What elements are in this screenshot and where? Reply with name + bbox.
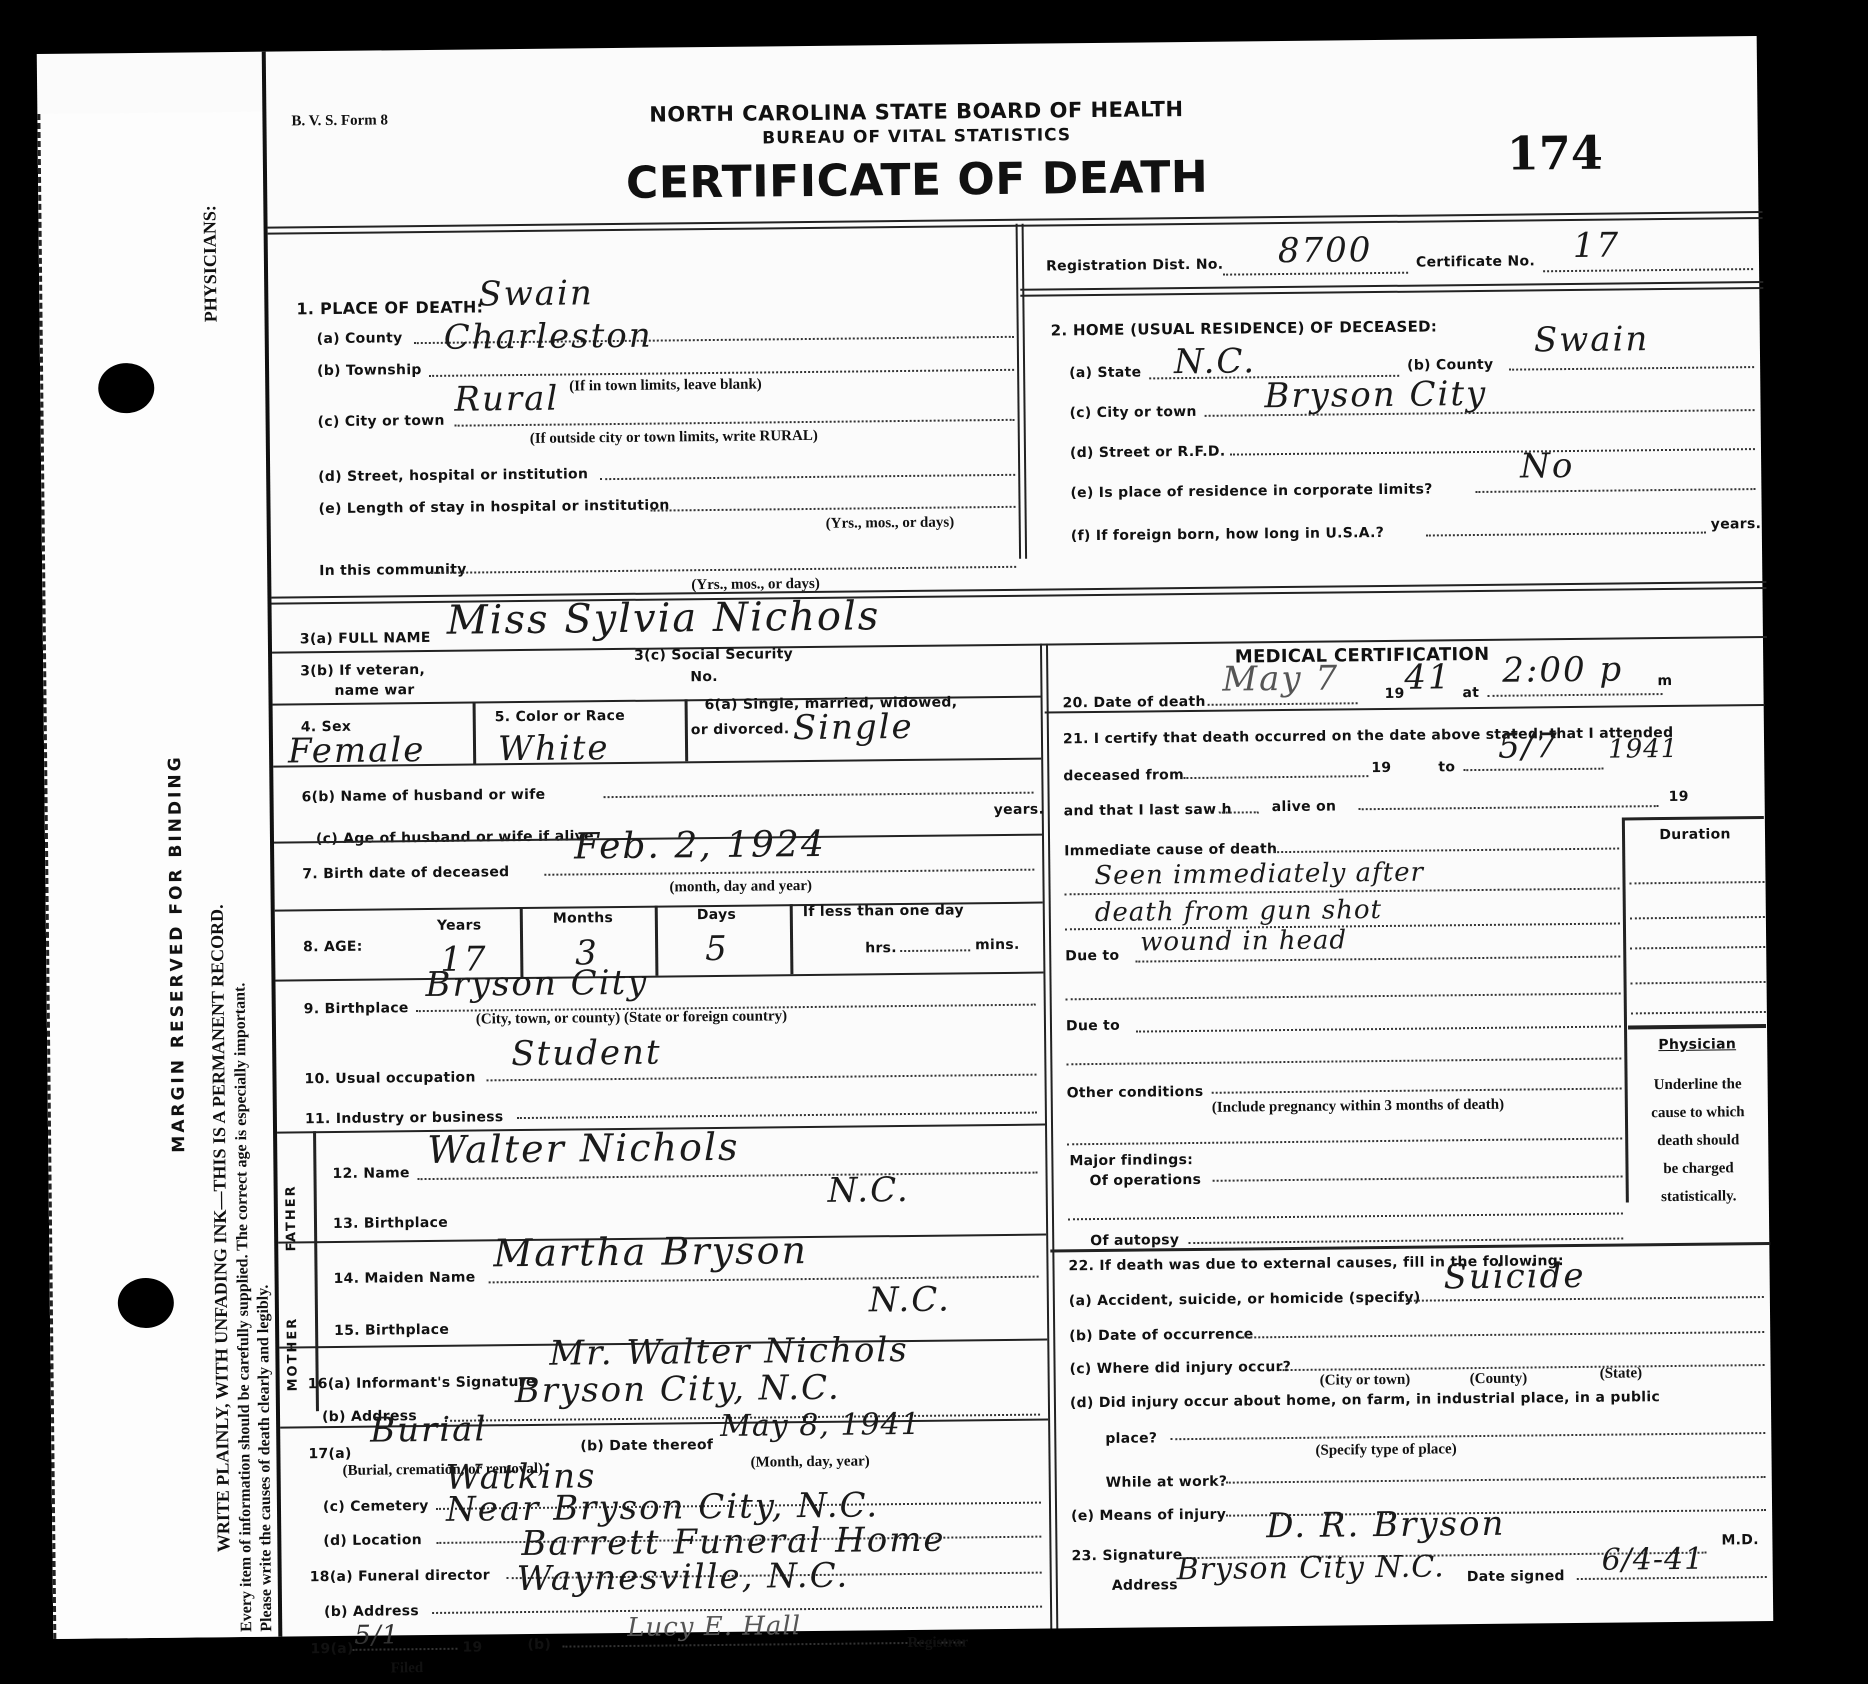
death-year-value: 41 (1404, 657, 1452, 697)
attended-from-label: deceased from (1063, 767, 1184, 784)
spouse-age-suffix: years. (994, 802, 1045, 819)
residence-heading: 2. HOME (USUAL RESIDENCE) OF DECEASED: (1051, 317, 1438, 339)
age-label: 8. AGE: (303, 939, 363, 956)
form-body: B. V. S. Form 8 NORTH CAROLINA STATE BOA… (262, 36, 1778, 1637)
immediate-cause-value-2: death from gun shot (1095, 895, 1383, 928)
mother-name-label: 14. Maiden Name (334, 1270, 476, 1287)
death-date-value: May 7 (1222, 658, 1339, 699)
mother-birthplace-label: 15. Birthplace (334, 1322, 449, 1339)
filed-note: Filed (391, 1660, 424, 1677)
industry-label: 11. Industry or business (305, 1109, 504, 1127)
registrar-note: Registrar (907, 1634, 968, 1652)
age-years-label: Years (437, 917, 482, 933)
cemetery-label: (c) Cemetery (323, 1498, 429, 1515)
punch-hole-bottom (118, 1278, 175, 1329)
race-label: 5. Color or Race (495, 708, 625, 725)
father-birthplace-value: N.C. (827, 1170, 909, 1211)
margin-binding-note: MARGIN RESERVED FOR BINDING (165, 754, 189, 1152)
informant-address-value: Bryson City, N.C. (515, 1368, 841, 1411)
physician-address-label: Address (1112, 1577, 1178, 1594)
attended-to-value: 5/7 (1498, 726, 1559, 767)
injury-place-note: (Specify type of place) (1315, 1441, 1456, 1459)
due-to-2-label: Due to (1066, 1018, 1120, 1035)
foreign-born-suffix: years. (1711, 516, 1762, 533)
means-of-injury-label: (e) Means of injury (1071, 1507, 1226, 1525)
marital-value: Single (793, 707, 914, 748)
section-divider-top (1016, 224, 1028, 559)
burial-label: 17(a) (308, 1446, 351, 1462)
death-date-label: 20. Date of death (1063, 694, 1206, 711)
stay-length-label: (e) Length of stay in hospital or instit… (318, 497, 669, 517)
filing-label: 19(a) (310, 1641, 353, 1657)
ssn-label-1: 3(c) Social Security (634, 646, 793, 664)
birth-date-value: Feb. 2, 1924 (574, 824, 826, 868)
form-id: B. V. S. Form 8 (291, 112, 388, 130)
external-type-value: Suicide (1443, 1256, 1585, 1297)
injury-county-note: (County) (1470, 1371, 1528, 1389)
filed-date-value: 5/1 (354, 1620, 399, 1650)
physician-note-3: death should (1629, 1132, 1767, 1150)
birth-date-label: 7. Birth date of deceased (302, 864, 509, 882)
death-time-suffix: m (1657, 673, 1672, 689)
punch-hole-top (98, 363, 155, 414)
residence-city-value: Bryson City (1264, 374, 1487, 416)
margin-instruction-2: Every item of information should be care… (231, 983, 256, 1632)
age-hrs-label: hrs. (865, 940, 897, 956)
immediate-cause-label: Immediate cause of death (1064, 841, 1277, 859)
duration-heading: Duration (1626, 826, 1764, 843)
autopsy-label: Of autopsy (1090, 1232, 1179, 1249)
spouse-label: 6(b) Name of husband or wife (301, 787, 545, 806)
registration-dist-label: Registration Dist. No. (1046, 257, 1223, 275)
age-less-than-day: If less than one day (803, 902, 964, 920)
margin-physicians-note: PHYSICIANS: (199, 205, 221, 322)
occurrence-date-label: (b) Date of occurrence (1069, 1326, 1253, 1344)
veteran-label-2: name war (334, 682, 414, 699)
funeral-director-address-label: (b) Address (324, 1603, 419, 1620)
full-name-label: 3(a) FULL NAME (300, 630, 431, 647)
birthplace-note: (City, town, or county) (State or foreig… (476, 1008, 787, 1028)
birth-date-note: (month, day and year) (669, 878, 812, 896)
md-suffix: M.D. (1721, 1532, 1759, 1548)
residence-state-label: (a) State (1069, 364, 1141, 381)
father-name-value: Walter Nichols (427, 1125, 740, 1172)
age-months-label: Months (553, 910, 613, 927)
death-street-label: (d) Street, hospital or institution (318, 466, 588, 485)
township-note: (If in town limits, leave blank) (569, 376, 762, 395)
certificate-no-label: Certificate No. (1416, 253, 1535, 270)
external-type-label: (a) Accident, suicide, or homicide (spec… (1069, 1290, 1421, 1310)
while-at-work-label: While at work? (1106, 1474, 1228, 1491)
death-time-at-label: at (1462, 685, 1479, 701)
place-of-death-heading: 1. PLACE OF DEATH: (296, 297, 483, 318)
burial-date-note: (Month, day, year) (750, 1453, 869, 1471)
death-county-value: Swain (478, 273, 594, 314)
injury-place-label-2: place? (1105, 1430, 1157, 1447)
due-to-1-value: wound in head (1140, 925, 1347, 957)
margin-instruction-1: WRITE PLAINLY, WITH UNFADING INK—THIS IS… (207, 904, 235, 1552)
death-year-prefix: 19 (1384, 686, 1404, 702)
certificate-no-value: 17 (1573, 225, 1621, 265)
location-label: (d) Location (323, 1532, 422, 1549)
agency-title: NORTH CAROLINA STATE BOARD OF HEALTH (566, 96, 1266, 127)
operations-label: Of operations (1090, 1172, 1202, 1189)
death-city-value: Rural (454, 379, 559, 420)
foreign-born-label: (f) If foreign born, how long in U.S.A.? (1071, 525, 1384, 544)
last-saw-year: 19 (1669, 789, 1689, 805)
death-city-label: (c) City or town (318, 413, 445, 430)
mother-name-value: Martha Bryson (493, 1228, 808, 1275)
birthplace-label: 9. Birthplace (304, 1000, 409, 1017)
date-signed-value: 6/4-41 (1601, 1542, 1704, 1578)
corporate-limits-value: No (1520, 446, 1575, 487)
burial-method-value: Burial (370, 1409, 488, 1450)
burial-date-value: May 8, 1941 (720, 1407, 921, 1444)
age-days-value: 5 (705, 929, 729, 969)
physician-note-1: Underline the (1629, 1076, 1767, 1094)
injury-state-note: (State) (1600, 1365, 1643, 1382)
mother-birthplace-value: N.C. (869, 1280, 951, 1321)
residence-county-value: Swain (1534, 319, 1650, 360)
last-saw-label: and that I last saw h (1064, 802, 1232, 820)
marital-label-2: or divorced. (691, 721, 790, 738)
registrar-label: (b) (527, 1637, 551, 1653)
informant-signature-value: Mr. Walter Nichols (549, 1330, 909, 1374)
physician-heading: Physician (1628, 1036, 1766, 1053)
community-label: In this community (319, 562, 467, 580)
full-name-value: Miss Sylvia Nichols (446, 593, 880, 644)
death-township-value: Charleston (444, 316, 653, 358)
residence-county-label: (b) County (1407, 357, 1494, 374)
occupation-label: 10. Usual occupation (304, 1070, 475, 1088)
main-column-divider (1040, 643, 1058, 1628)
attended-from-year: 19 (1371, 760, 1391, 776)
other-conditions-label: Other conditions (1067, 1084, 1204, 1101)
binding-margin: MARGIN RESERVED FOR BINDING WRITE PLAINL… (37, 112, 281, 1639)
attended-to-year: 1941 (1608, 734, 1678, 765)
other-conditions-note: (Include pregnancy within 3 months of de… (1212, 1097, 1504, 1117)
attended-to-label: to (1438, 759, 1455, 775)
death-certificate: MARGIN RESERVED FOR BINDING WRITE PLAINL… (37, 36, 1774, 1639)
bureau-title: BUREAU OF VITAL STATISTICS (567, 123, 1267, 150)
father-birthplace-label: 13. Birthplace (333, 1215, 448, 1232)
registration-dist-value: 8700 (1278, 230, 1373, 271)
funeral-director-address-value: Waynesville, N.C. (517, 1556, 850, 1599)
father-name-label: 12. Name (332, 1165, 409, 1182)
ssn-label-2: No. (690, 669, 718, 685)
city-note: (If outside city or town limits, write R… (530, 428, 818, 448)
stamp-number: 174 (1507, 126, 1604, 181)
mother-side-label: MOTHER (285, 1317, 301, 1392)
veteran-label-1: 3(b) If veteran, (300, 662, 425, 679)
corporate-limits-label: (e) Is place of residence in corporate l… (1070, 481, 1432, 501)
certify-statement: 21. I certify that death occurred on the… (1063, 725, 1674, 747)
physician-note-5: statistically. (1630, 1188, 1768, 1206)
physician-note-4: be charged (1629, 1160, 1767, 1178)
physician-address-value: Bryson City N.C. (1176, 1549, 1444, 1587)
alive-on-label: alive on (1272, 798, 1337, 815)
informant-signature-label: 16(a) Informant's Signature (308, 1374, 536, 1392)
birthplace-value: Bryson City (425, 963, 648, 1005)
injury-location-label: (c) Where did injury occur? (1069, 1359, 1291, 1377)
residence-city-label: (c) City or town (1069, 404, 1196, 421)
death-county-label: (a) County (317, 330, 403, 347)
death-time-value: 2:00 p (1502, 649, 1623, 690)
registrar-signature-value: Lucy E. Hall (627, 1611, 801, 1643)
physician-signature-label: 23. Signature (1071, 1547, 1182, 1564)
document-title: CERTIFICATE OF DEATH (567, 151, 1267, 209)
physician-note-2: cause to which (1629, 1104, 1767, 1122)
due-to-1-label: Due to (1065, 948, 1119, 965)
age-mins-label: mins. (975, 937, 1020, 953)
physician-signature-value: D. R. Bryson (1266, 1504, 1506, 1547)
age-days-label: Days (697, 907, 736, 923)
immediate-cause-value-1: Seen immediately after (1094, 858, 1424, 891)
funeral-director-label: 18(a) Funeral director (310, 1567, 490, 1585)
residence-state-value: N.C. (1174, 341, 1256, 382)
duration-column-divider (1622, 817, 1629, 1202)
date-signed-label: Date signed (1467, 1568, 1565, 1585)
residence-street-label: (d) Street or R.F.D. (1070, 444, 1226, 462)
burial-date-label: (b) Date thereof (580, 1437, 713, 1454)
margin-instruction-3: Please write the causes of death clearly… (255, 1285, 277, 1632)
major-findings-label: Major findings: (1069, 1152, 1193, 1169)
stay-note: (Yrs., mos., or days) (826, 514, 955, 532)
filed-year-prefix: 19 (462, 1639, 482, 1655)
injury-city-note: (City or town) (1320, 1372, 1411, 1390)
occupation-value: Student (511, 1033, 662, 1075)
injury-place-label-1: (d) Did injury occur about home, on farm… (1070, 1389, 1660, 1411)
death-township-label: (b) Township (317, 362, 422, 379)
